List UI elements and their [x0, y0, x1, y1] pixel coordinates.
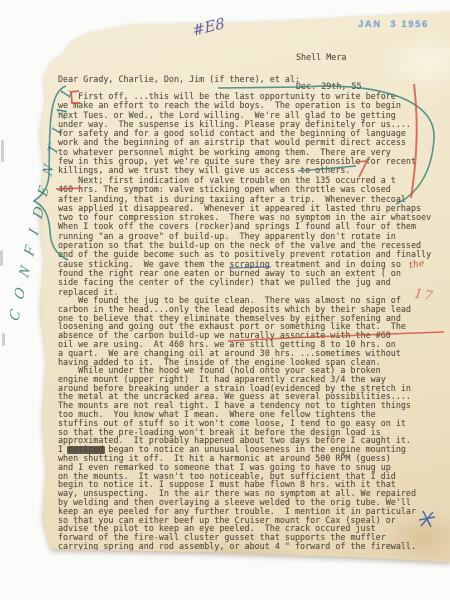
letter-paper-wrapper: Shell Mera Dec. 29th, 55 Dear Grady, Cha…	[28, 12, 450, 568]
margin-number-annotation: 17	[413, 286, 436, 304]
scan-edge-mark	[2, 333, 5, 346]
letter-paper: Shell Mera Dec. 29th, 55 Dear Grady, Cha…	[28, 12, 450, 568]
received-date-stamp: JAN 3 1956	[358, 19, 429, 30]
letter-paragraph-4: While under the hood we found (hold onto…	[58, 366, 416, 551]
letter-paragraph-2: Next; first indication of valve trouble …	[58, 176, 431, 297]
scan-edge-mark	[1, 140, 4, 162]
letter-date: Dec. 29th, 55	[296, 82, 362, 92]
letter-paragraph-3: We found the jug to be quite clean. Ther…	[58, 296, 411, 366]
scan-edge-mark	[0, 250, 3, 266]
letter-paragraph-1: First off, ...this will be the last oppo…	[58, 92, 416, 175]
sender-location: Shell Mera	[296, 53, 362, 63]
salutation: Dear Grady, Charlie, Don, Jim (if there)…	[58, 75, 300, 84]
scanned-letter-page: Shell Mera Dec. 29th, 55 Dear Grady, Cha…	[0, 0, 450, 600]
